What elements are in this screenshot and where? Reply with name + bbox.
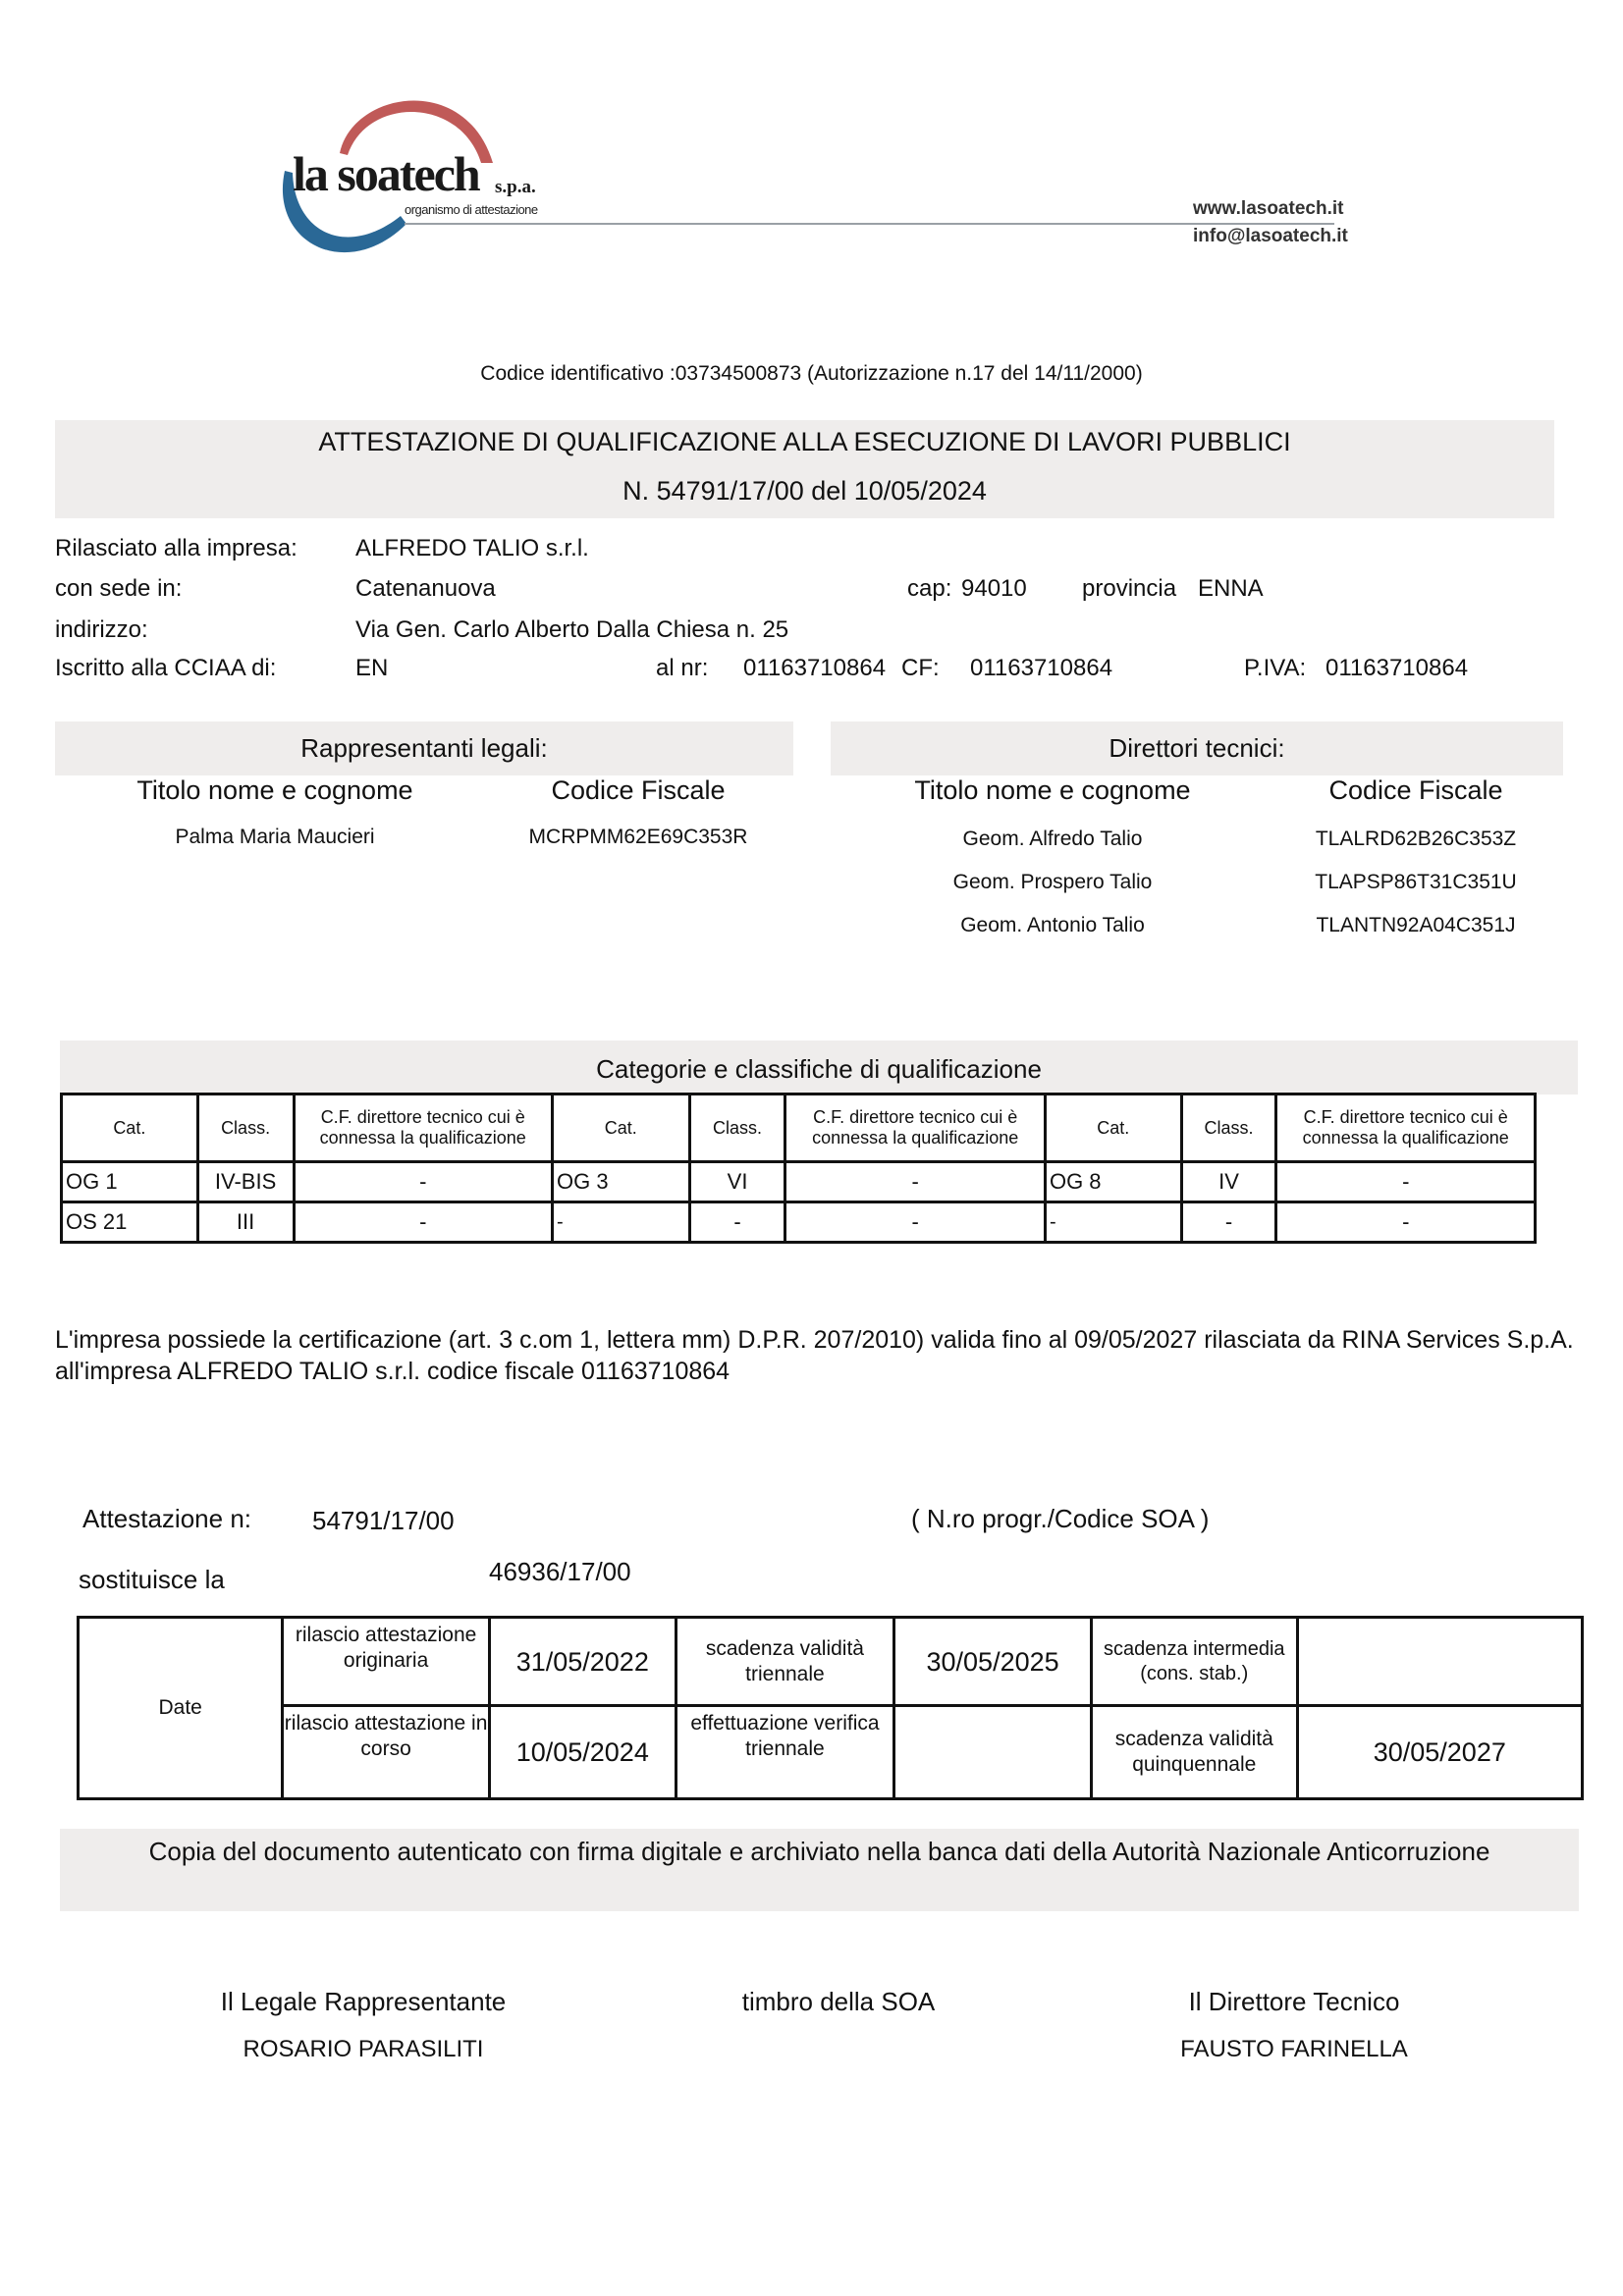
rappresentanti-col-cf: Codice Fiscale: [471, 775, 805, 806]
attestazione-label: Attestazione n:: [82, 1504, 251, 1534]
cat-cell: OG 1: [62, 1162, 198, 1202]
email-link[interactable]: info@lasoatech.it: [1193, 226, 1348, 247]
cat-cell: -: [552, 1202, 689, 1243]
direttore-name: Geom. Alfredo Talio: [856, 828, 1249, 851]
rilascio-originaria-label: rilascio attestazione originaria: [283, 1618, 490, 1706]
provincia-label: provincia: [1082, 575, 1176, 603]
piva-value: 01163710864: [1325, 655, 1468, 682]
codice-identificativo: Codice identificativo :03734500873 (Auto…: [0, 362, 1623, 386]
cat-cell: -: [1045, 1202, 1181, 1243]
header-divider: [405, 223, 1334, 225]
attestazione-note: ( N.ro progr./Codice SOA ): [911, 1504, 1209, 1534]
title-box: ATTESTAZIONE DI QUALIFICAZIONE ALLA ESEC…: [55, 420, 1554, 518]
cat-cell: OS 21: [62, 1202, 198, 1243]
scadenza-intermedia-value: [1297, 1618, 1582, 1706]
cat-cell: OG 8: [1045, 1162, 1181, 1202]
provincia-value: ENNA: [1198, 575, 1264, 603]
header-cell: Cat.: [62, 1095, 198, 1162]
categorie-header: Categorie e classifiche di qualificazion…: [60, 1041, 1578, 1095]
header-cell: Class.: [689, 1095, 785, 1162]
legale-label: Il Legale Rappresentante: [177, 1987, 550, 2017]
scadenza-quinquennale-label: scadenza validità quinquennale: [1091, 1706, 1297, 1799]
copia-note-box: Copia del documento autenticato con firm…: [60, 1829, 1579, 1911]
sostituisce-label: sostituisce la: [79, 1565, 225, 1595]
direttore-name: Geom. Prospero Talio: [856, 871, 1249, 894]
cf-cell: -: [1276, 1162, 1536, 1202]
logo-tagline: organismo di attestazione: [405, 202, 538, 217]
attestazione-value: 54791/17/00: [312, 1506, 455, 1536]
sostituisce-value: 46936/17/00: [489, 1557, 631, 1587]
cf-cell: -: [294, 1202, 552, 1243]
header-cell: Class.: [197, 1095, 294, 1162]
cf-cell: -: [1276, 1202, 1536, 1243]
nr-label: al nr:: [656, 655, 708, 682]
header-cell: C.F. direttore tecnico cui è connessa la…: [1276, 1095, 1536, 1162]
cciaa-label: Iscritto alla CCIAA di:: [55, 655, 276, 682]
header-cell: C.F. direttore tecnico cui è connessa la…: [294, 1095, 552, 1162]
rilascio-corso-label: rilascio attestazione in corso: [283, 1706, 490, 1799]
rappresentanti-col-name: Titolo nome e cognome: [79, 775, 471, 806]
verifica-triennale-label: effettuazione verifica triennale: [676, 1706, 894, 1799]
piva-label: P.IVA:: [1244, 655, 1306, 682]
rappresentante-cf: MCRPMM62E69C353R: [471, 826, 805, 849]
header-cell: Cat.: [1045, 1095, 1181, 1162]
direttore-cf: TLANTN92A04C351J: [1249, 914, 1583, 937]
header-cell: Cat.: [552, 1095, 689, 1162]
sede-value: Catenanuova: [355, 575, 496, 603]
scadenza-triennale-label: scadenza validità triennale: [676, 1618, 894, 1706]
logo-name: la soatech: [293, 145, 479, 202]
cciaa-value: EN: [355, 655, 388, 682]
direttore-name: FAUSTO FARINELLA: [1129, 2036, 1459, 2063]
categorie-header-row: Cat. Class. C.F. direttore tecnico cui è…: [62, 1095, 1536, 1162]
document-title: ATTESTAZIONE DI QUALIFICAZIONE ALLA ESEC…: [55, 427, 1554, 457]
cf-value: 01163710864: [970, 655, 1112, 682]
rilasciato-label: Rilasciato alla impresa:: [55, 535, 298, 562]
cat-cell: OG 3: [552, 1162, 689, 1202]
header-cell: C.F. direttore tecnico cui è connessa la…: [785, 1095, 1045, 1162]
copia-note-text: Copia del documento autenticato con firm…: [60, 1829, 1579, 1867]
cf-cell: -: [294, 1162, 552, 1202]
sede-label: con sede in:: [55, 575, 182, 603]
class-cell: VI: [689, 1162, 785, 1202]
cf-cell: -: [785, 1162, 1045, 1202]
cf-cell: -: [785, 1202, 1045, 1243]
date-table: Date rilascio attestazione originaria 31…: [77, 1616, 1584, 1800]
timbro-label: timbro della SOA: [691, 1987, 986, 2017]
date-label: Date: [79, 1618, 283, 1799]
document-number: N. 54791/17/00 del 10/05/2024: [55, 476, 1554, 507]
company-logo: la soatech s.p.a. organismo di attestazi…: [279, 77, 554, 273]
class-cell: IV-BIS: [197, 1162, 294, 1202]
class-cell: III: [197, 1202, 294, 1243]
certificazione-text: L'impresa possiede la certificazione (ar…: [55, 1324, 1587, 1387]
class-cell: -: [689, 1202, 785, 1243]
header-cell: Class.: [1181, 1095, 1276, 1162]
categorie-table: Cat. Class. C.F. direttore tecnico cui è…: [60, 1093, 1537, 1244]
table-row: OS 21 III - - - - - - -: [62, 1202, 1536, 1243]
scadenza-quinquennale-value: 30/05/2027: [1297, 1706, 1582, 1799]
scadenza-triennale-value: 30/05/2025: [894, 1618, 1092, 1706]
indirizzo-value: Via Gen. Carlo Alberto Dalla Chiesa n. 2…: [355, 616, 788, 644]
class-cell: -: [1181, 1202, 1276, 1243]
logo-suffix: s.p.a.: [495, 177, 536, 198]
direttore-cf: TLALRD62B26C353Z: [1249, 828, 1583, 851]
direttori-col-cf: Codice Fiscale: [1249, 775, 1583, 806]
verifica-triennale-value: [894, 1706, 1092, 1799]
nr-value: 01163710864: [743, 655, 886, 682]
cf-label: CF:: [901, 655, 940, 682]
rappresentanti-header: Rappresentanti legali:: [55, 721, 793, 775]
direttore-name: Geom. Antonio Talio: [856, 914, 1249, 937]
website-link[interactable]: www.lasoatech.it: [1193, 198, 1343, 220]
scadenza-intermedia-label: scadenza intermedia (cons. stab.): [1091, 1618, 1297, 1706]
indirizzo-label: indirizzo:: [55, 616, 148, 644]
cap-value: 94010: [961, 575, 1027, 603]
legale-name: ROSARIO PARASILITI: [177, 2036, 550, 2063]
direttore-label: Il Direttore Tecnico: [1129, 1987, 1459, 2017]
table-row: OG 1 IV-BIS - OG 3 VI - OG 8 IV -: [62, 1162, 1536, 1202]
direttore-cf: TLAPSP86T31C351U: [1249, 871, 1583, 894]
cap-label: cap:: [907, 575, 951, 603]
class-cell: IV: [1181, 1162, 1276, 1202]
rilascio-originaria-value: 31/05/2022: [489, 1618, 676, 1706]
rappresentante-name: Palma Maria Maucieri: [79, 826, 471, 849]
direttori-col-name: Titolo nome e cognome: [856, 775, 1249, 806]
direttori-header: Direttori tecnici:: [831, 721, 1563, 775]
rilascio-corso-value: 10/05/2024: [489, 1706, 676, 1799]
rilasciato-value: ALFREDO TALIO s.r.l.: [355, 535, 589, 562]
